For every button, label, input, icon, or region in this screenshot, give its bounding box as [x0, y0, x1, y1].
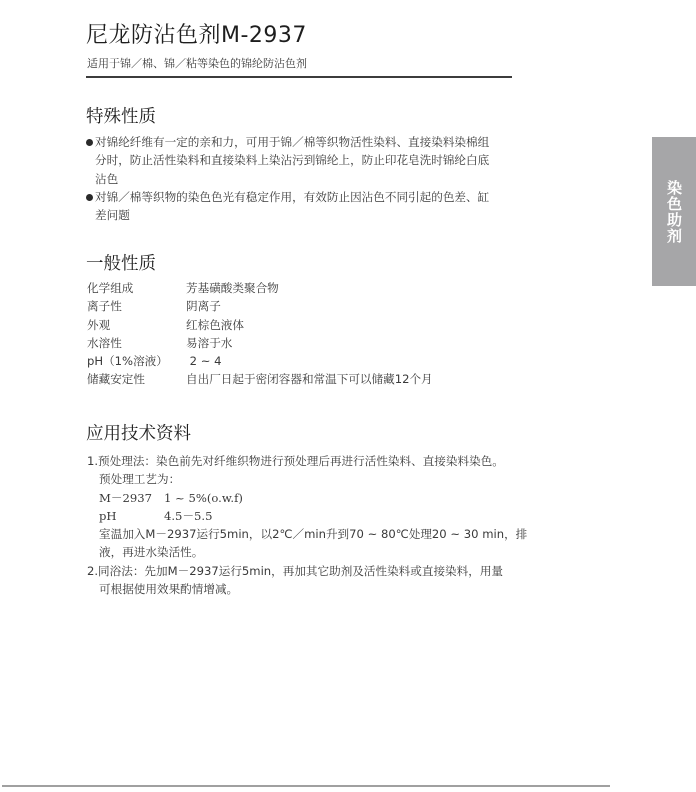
title-divider [86, 76, 512, 78]
param-value: 1 ~ 5%(o.w.f) [164, 489, 243, 507]
bullet-icon [86, 194, 93, 201]
feature-line: 对锦纶纤维有一定的亲和力，可用于锦／棉等织物活性染料、直接染料染棉组 [95, 133, 516, 151]
special-properties-list: 对锦纶纤维有一定的亲和力，可用于锦／棉等织物活性染料、直接染料染棉组 分时，防止… [86, 133, 516, 224]
feature-item: 对锦纶纤维有一定的亲和力，可用于锦／棉等织物活性染料、直接染料染棉组 分时，防止… [86, 133, 516, 188]
method-2-line: 2.同浴法：先加M－2937运行5min，再加其它助剂及活性染料或直接染料，用量 [87, 562, 527, 580]
property-row: 化学组成 芳基磺酸类聚合物 [87, 279, 433, 297]
product-subtitle: 适用于锦／棉、锦／粘等染色的锦纶防沾色剂 [87, 56, 307, 71]
property-row: 离子性 阴离子 [87, 297, 433, 315]
property-value: 红棕色液体 [186, 316, 244, 334]
method-1-line: 室温加入M－2937运行5min，以2℃／min升到70 ~ 80℃处理20 ~… [87, 525, 527, 543]
general-properties-table: 化学组成 芳基磺酸类聚合物 离子性 阴离子 外观 红棕色液体 水溶性 易溶于水 … [87, 279, 433, 389]
property-value: 芳基磺酸类聚合物 [186, 279, 279, 297]
property-key: pH（1%溶液） [87, 352, 186, 370]
process-param-row: M－2937 1 ~ 5%(o.w.f) [87, 489, 527, 507]
method-1-line: 预处理工艺为： [87, 470, 527, 488]
property-key: 离子性 [87, 297, 186, 315]
property-row: 储藏安定性 自出厂日起于密闭容器和常温下可以储藏12个月 [87, 370, 433, 388]
method-1-line: 1.预处理法：染色前先对纤维织物进行预处理后再进行活性染料、直接染料染色。 [87, 452, 527, 470]
property-row: 外观 红棕色液体 [87, 316, 433, 334]
param-key: M－2937 [99, 489, 164, 507]
param-value: 4.5－5.5 [164, 507, 212, 525]
section-heading-general-properties: 一般性质 [86, 252, 156, 276]
property-value: 阴离子 [186, 297, 221, 315]
method-1-line: 液，再进水染活性。 [87, 543, 527, 561]
property-key: 外观 [87, 316, 186, 334]
bullet-icon [86, 139, 93, 146]
footer-divider [2, 785, 610, 787]
property-key: 化学组成 [87, 279, 186, 297]
property-value: 2 ~ 4 [186, 352, 222, 370]
property-value: 自出厂日起于密闭容器和常温下可以储藏12个月 [186, 370, 433, 388]
feature-line: 对锦／棉等织物的染色色光有稳定作用，有效防止因沾色不同引起的色差、缸 [95, 188, 516, 206]
feature-item: 对锦／棉等织物的染色色光有稳定作用，有效防止因沾色不同引起的色差、缸 差问题 [86, 188, 516, 225]
application-content: 1.预处理法：染色前先对纤维织物进行预处理后再进行活性染料、直接染料染色。 预处… [87, 452, 527, 598]
category-label: 染色助剂 [665, 180, 683, 244]
feature-line: 差问题 [95, 206, 516, 224]
property-key: 水溶性 [87, 334, 186, 352]
property-row: 水溶性 易溶于水 [87, 334, 433, 352]
property-value: 易溶于水 [186, 334, 232, 352]
param-key: pH [99, 507, 164, 525]
property-row: pH（1%溶液） 2 ~ 4 [87, 352, 433, 370]
process-param-row: pH 4.5－5.5 [87, 507, 527, 525]
category-side-tab: 染色助剂 [652, 137, 696, 286]
property-key: 储藏安定性 [87, 370, 186, 388]
method-2-line: 可根据使用效果酌情增减。 [87, 580, 527, 598]
section-heading-application: 应用技术资料 [86, 422, 191, 446]
feature-line: 沾色 [95, 170, 516, 188]
feature-line: 分时，防止活性染料和直接染料上染沾污到锦纶上，防止印花皂洗时锦纶白底 [95, 151, 516, 169]
section-heading-special-properties: 特殊性质 [86, 105, 156, 129]
product-title: 尼龙防沾色剂M-2937 [86, 21, 307, 51]
